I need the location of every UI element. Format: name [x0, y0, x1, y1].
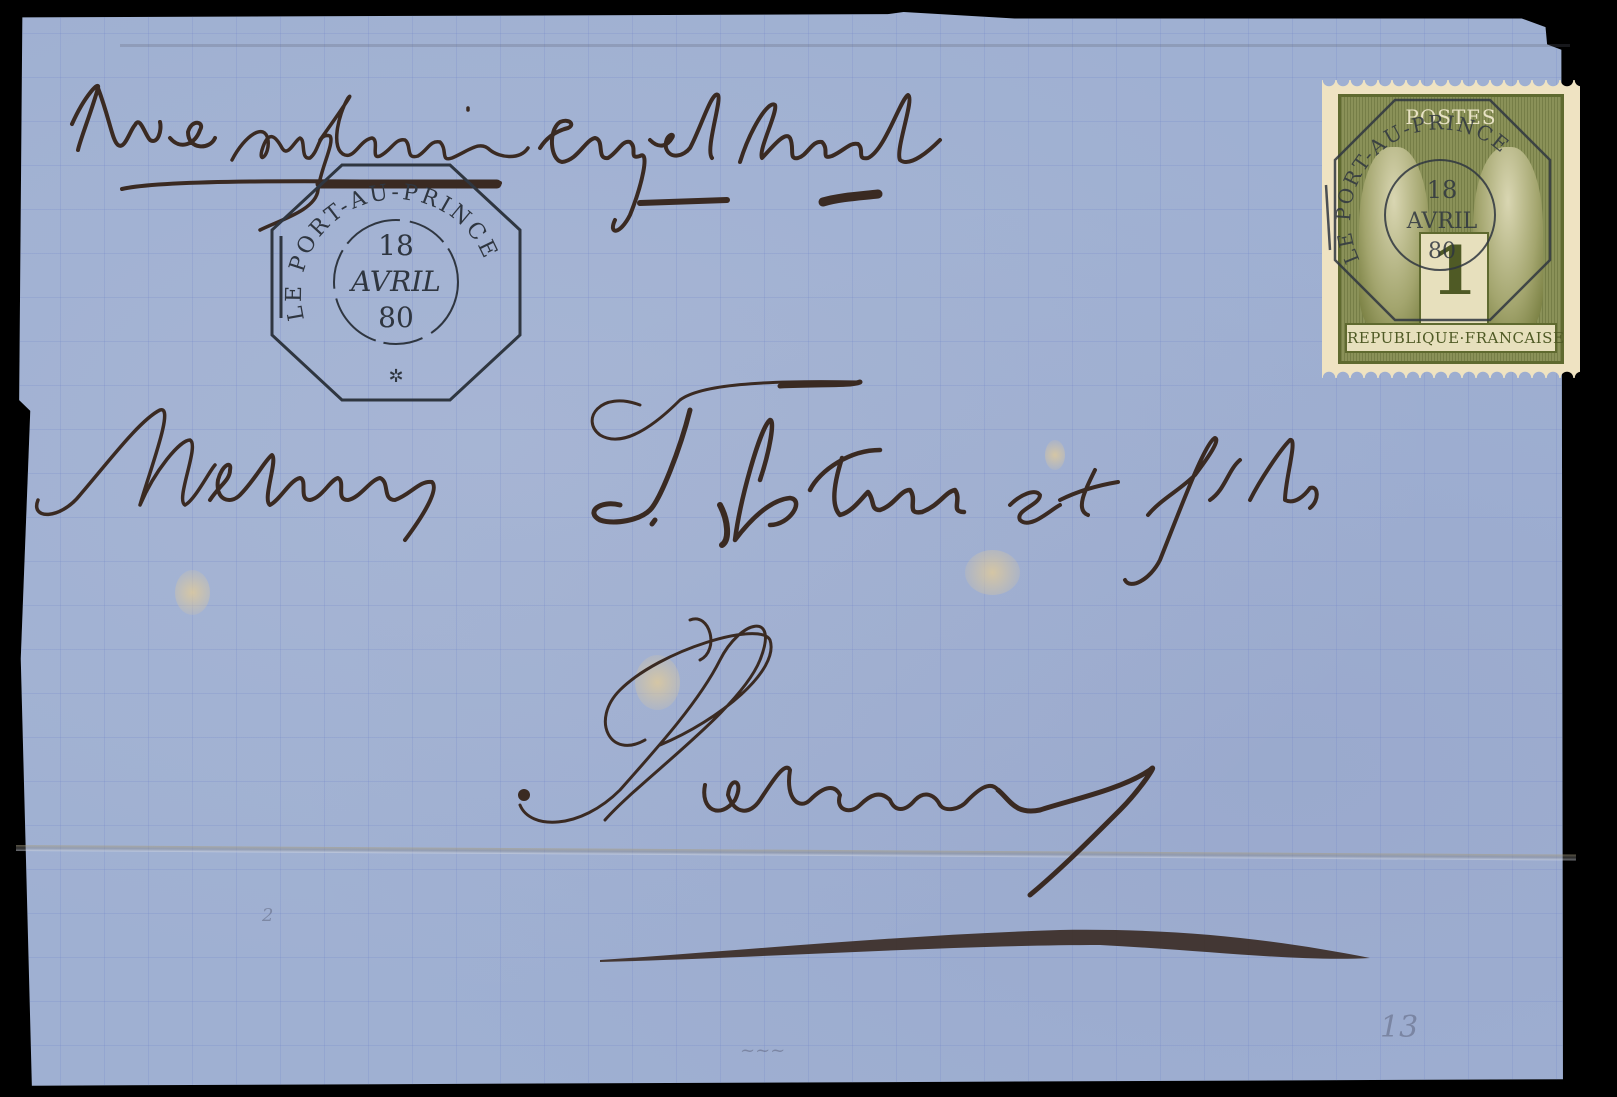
postage-stamp: POSTES 1 REPUBLIQUE·FRANCAISE: [1322, 80, 1580, 378]
pencil-note-left: 2: [262, 905, 273, 926]
foxing-stain: [1045, 440, 1065, 470]
pencil-note-bottom-right: 13: [1380, 1010, 1418, 1045]
pencil-note-bottom-center: ~~~: [740, 1040, 785, 1061]
foxing-stain: [635, 655, 680, 710]
stamp-top-label: POSTES: [1341, 105, 1561, 129]
stamp-value-tablet: 1: [1419, 232, 1489, 326]
stamp-design: POSTES 1 REPUBLIQUE·FRANCAISE: [1338, 94, 1564, 364]
top-fold-crease: [120, 44, 1570, 47]
foxing-stain: [175, 570, 210, 615]
foxing-stain: [965, 550, 1020, 595]
stamp-bottom-label: REPUBLIQUE·FRANCAISE: [1345, 323, 1557, 353]
stamp-value: 1: [1421, 238, 1487, 304]
